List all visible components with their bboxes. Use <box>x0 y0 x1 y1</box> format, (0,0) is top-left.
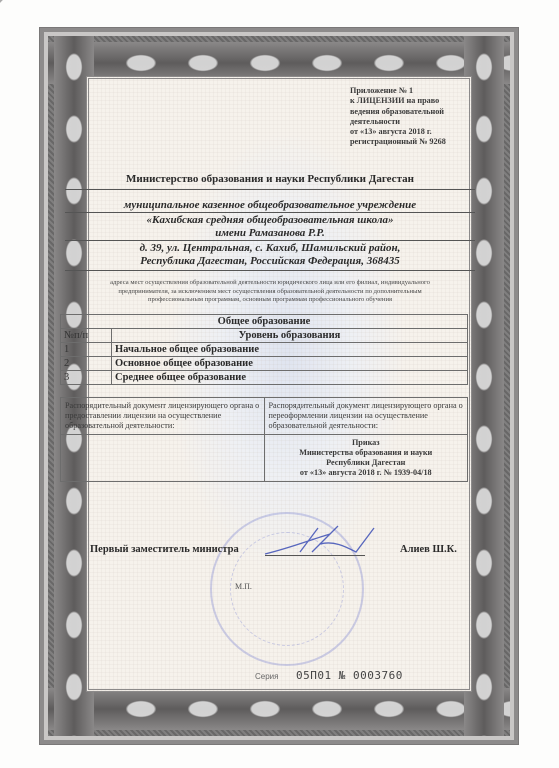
organization-name-suffix: имени Рамазанова Р.Р. <box>60 227 480 240</box>
reissue-document-header: Распорядительный документ лицензирующего… <box>264 398 468 435</box>
appendix-line: ведения образовательной <box>350 107 470 117</box>
document-body: Приложение № 1 к ЛИЦЕНЗИИ на право веден… <box>60 62 494 692</box>
license-documents-table: Распорядительный документ лицензирующего… <box>60 397 468 482</box>
table-row: 3 Среднее общее образование <box>61 371 468 385</box>
organization-type: муниципальное казенное общеобразовательн… <box>60 199 480 212</box>
divider <box>65 212 475 213</box>
address-line: Республика Дагестан, Российская Федераци… <box>60 255 480 268</box>
divider <box>65 189 475 190</box>
table-row: 1 Начальное общее образование <box>61 343 468 357</box>
signer-name: Алиев Ш.К. <box>400 544 457 555</box>
address-line: д. 39, ул. Центральная, с. Кахиб, Шамиль… <box>60 242 480 255</box>
appendix-line: от «13» августа 2018 г. <box>350 127 470 137</box>
appendix-block: Приложение № 1 к ЛИЦЕНЗИИ на право веден… <box>350 86 470 148</box>
column-header-number: №п/п <box>61 329 112 343</box>
issuance-document-value <box>61 435 265 482</box>
page-fold-line <box>0 0 90 11</box>
ornament-bottom <box>48 688 510 730</box>
appendix-line: Приложение № 1 <box>350 86 470 96</box>
signer-title: Первый заместитель министра <box>90 544 239 555</box>
address-note: адреса мест осуществления образовательно… <box>60 279 480 305</box>
table-row: 2 Основное общее образование <box>61 357 468 371</box>
education-levels-table: Общее образование №п/п Уровень образован… <box>60 314 468 385</box>
divider <box>65 240 475 241</box>
organization-name: «Кахибская средняя общеобразовательная ш… <box>60 214 480 227</box>
seal-label: М.П. <box>235 582 252 591</box>
appendix-line: регистрационный № 9268 <box>350 137 470 147</box>
issuance-document-header: Распорядительный документ лицензирующего… <box>61 398 265 435</box>
handwritten-signature-icon <box>260 522 380 562</box>
column-header-level: Уровень образования <box>112 329 468 343</box>
table-title: Общее образование <box>61 315 468 329</box>
appendix-line: деятельности <box>350 117 470 127</box>
ministry-heading: Министерство образования и науки Республ… <box>60 173 480 185</box>
series-number: 05П01 № 0003760 <box>296 669 403 682</box>
appendix-line: к ЛИЦЕНЗИИ на право <box>350 96 470 106</box>
divider <box>65 270 475 271</box>
series-label: Серия <box>255 672 278 681</box>
reissue-document-value: Приказ Министерства образования и науки … <box>264 435 468 482</box>
